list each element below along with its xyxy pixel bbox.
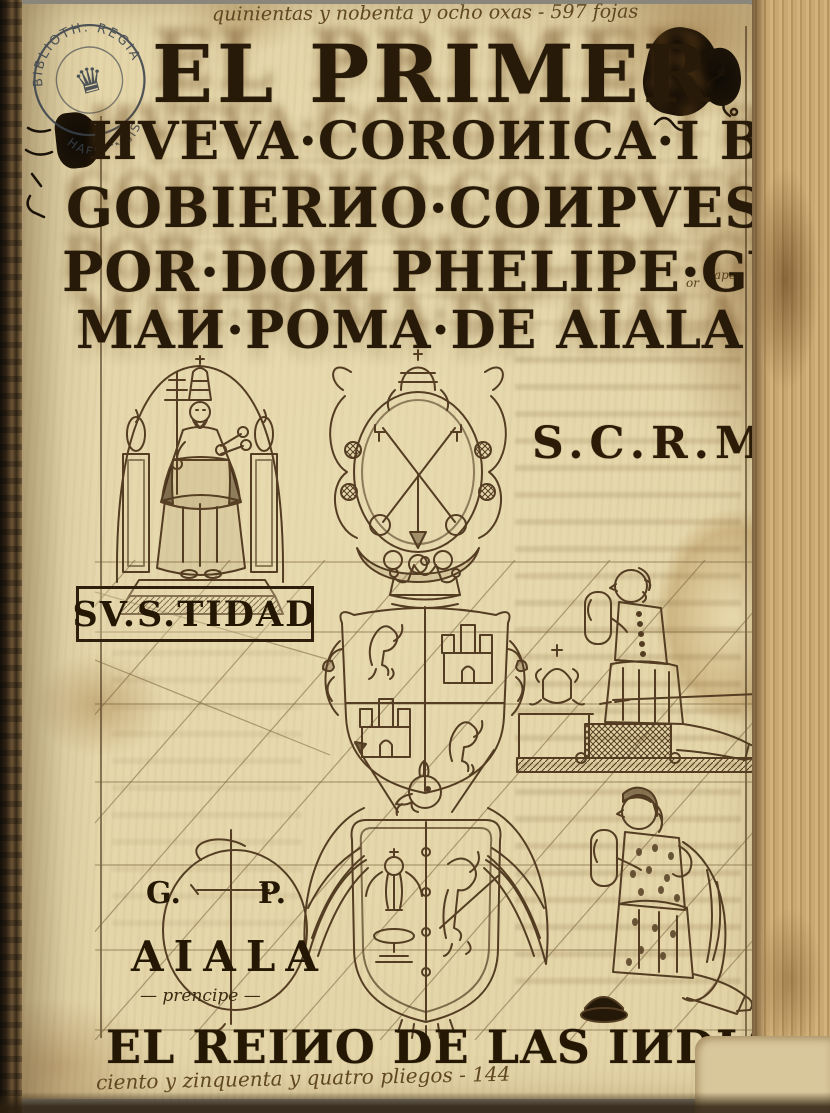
monogram-letter-p: P. [258,876,286,911]
royal-arms-castile-leon [323,557,527,793]
spine-texture [0,0,22,1113]
edge-stain [750,140,830,450]
title-line-4: POR·DOИ PHELIPE·GVA [62,244,830,299]
su-santidad-label: SV.S.TIDAD [76,586,314,642]
monogram-letter-g: G. [146,876,181,911]
manuscript-title-page: BIBLIOTH: REGIA HAFNIENSIS ♛ quinientas … [0,0,830,1113]
pope-enthroned [117,356,283,614]
folio-count-annotation: quinientas y nobenta y ocho oxas - 597 f… [212,1,638,26]
prencipe-label: — prencipe — [140,986,261,1006]
kneeling-king [517,568,755,772]
title-line-1: EL PRIMER [152,34,713,114]
title-line-3: GOBIERИO·COИPVESTO [66,180,830,235]
crown-icon: ♛ [70,58,110,105]
ayala-name-label: AIALA [131,932,328,981]
book-spine [0,0,22,1113]
title-line-2: ИVEVA·COROИICA·I BVẼ [88,116,830,168]
kneeling-author [581,788,752,1022]
papal-coat-of-arms [330,350,506,582]
title-line-5: MAИ·POMA·DE AIALA SR [76,305,830,357]
bottom-page-shadow [0,1092,830,1113]
